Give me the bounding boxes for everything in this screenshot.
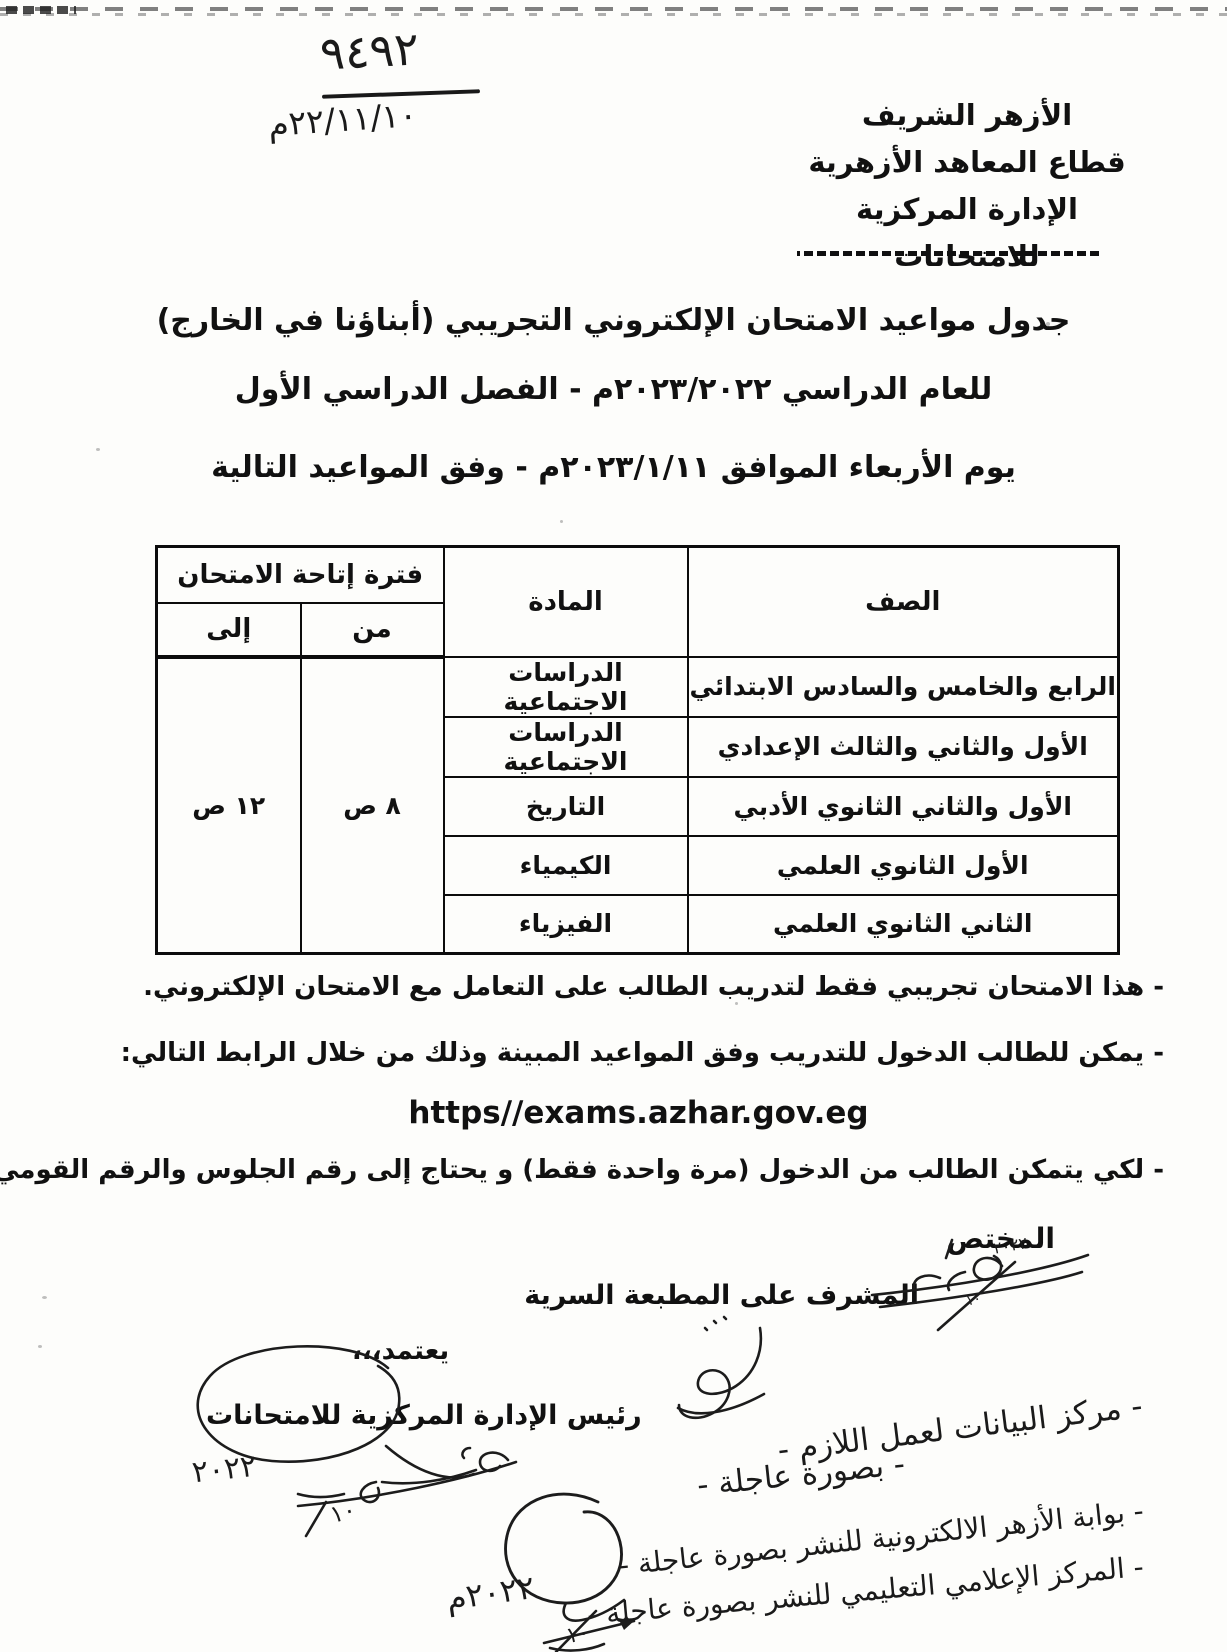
- scan-speck: [735, 1002, 738, 1005]
- grade-cell: الرابع والخامس والسادس الابتدائي: [688, 657, 1119, 717]
- from-column-header: من: [301, 603, 444, 657]
- subject-cell: الدراسات الاجتماعية: [444, 657, 688, 717]
- grade-cell: الثاني الثانوي العلمي: [688, 895, 1119, 954]
- approval-label: يعتمد،،،: [352, 1336, 449, 1366]
- org-sector: قطاع المعاهد الأزهرية: [802, 139, 1132, 186]
- table-header-row-1: الصف المادة فترة إتاحة الامتحان: [156, 547, 1118, 603]
- head-signature: [298, 1448, 516, 1536]
- grade-cell: الأول والثاني والثالث الإعدادي: [688, 717, 1119, 777]
- grade-cell: الأول والثاني الثانوي الأدبي: [688, 777, 1119, 836]
- subject-cell: الكيمياء: [444, 836, 688, 895]
- handwritten-stamp-year: ٢٠٢٢م: [444, 1568, 537, 1618]
- handwritten-specialist-day: ١٠: [964, 1290, 982, 1309]
- dashed-divider: [797, 251, 1099, 256]
- scan-noise-mark: [6, 6, 76, 14]
- handwritten-head-year: ٢٠٢٢: [190, 1449, 258, 1491]
- table-row: الرابع والخامس والسادس الابتدائي الدراسا…: [156, 657, 1118, 717]
- from-time-cell: ٨ ص: [301, 657, 444, 954]
- note-login-link: - يمكن للطالب الدخول للتدريب وفق المواعي…: [121, 1038, 1164, 1068]
- exam-portal-url: https//exams.azhar.gov.eg: [25, 1095, 1227, 1131]
- scan-speck: [560, 520, 563, 523]
- handwritten-ref-number: ٩٤٩٢: [319, 21, 421, 80]
- document-title-line-1: جدول مواعيد الامتحان الإلكتروني التجريبي…: [30, 303, 1197, 338]
- subject-cell: التاريخ: [444, 777, 688, 836]
- subject-column-header: المادة: [444, 547, 688, 657]
- scan-noise-strip: [0, 13, 1227, 16]
- org-name: الأزهر الشريف: [802, 92, 1132, 139]
- head-of-exams-label: رئيس الإدارة المركزية للامتحانات: [206, 1400, 642, 1431]
- note-login-requirements: - لكي يتمكن الطالب من الدخول (مرة واحدة …: [0, 1155, 1164, 1185]
- scanned-document-page: ٩٤٩٢ ٢٢/١١/١٠م الأزهر الشريف قطاع المعاه…: [0, 0, 1227, 1652]
- document-title-line-3: يوم الأربعاء الموافق ٢٠٢٣/١/١١م - وفق ال…: [30, 450, 1197, 485]
- to-column-header: إلى: [156, 603, 300, 657]
- scan-speck: [42, 1296, 47, 1299]
- handwritten-head-day: ١٠: [327, 1495, 360, 1529]
- subject-cell: الدراسات الاجتماعية: [444, 717, 688, 777]
- exam-schedule-table: الصف المادة فترة إتاحة الامتحان من إلى ا…: [155, 545, 1120, 955]
- handwritten-ref-date: ٢٢/١١/١٠م: [267, 95, 418, 144]
- to-time-cell: ١٢ ص: [156, 657, 300, 954]
- document-title-line-2: للعام الدراسي ٢٠٢٣/٢٠٢٢م - الفصل الدراسي…: [30, 372, 1197, 407]
- grade-column-header: الصف: [688, 547, 1119, 657]
- scan-speck: [38, 1345, 42, 1348]
- press-supervisor-label: المشرف على المطبعة السرية: [524, 1280, 919, 1311]
- org-department: الإدارة المركزية للامتحانات: [802, 186, 1132, 280]
- press-supervisor-signature: [678, 1317, 764, 1418]
- period-column-header: فترة إتاحة الامتحان: [156, 547, 443, 603]
- scan-noise-strip: [0, 7, 1227, 11]
- note-trial-exam: - هذا الامتحان تجريبي فقط لتدريب الطالب …: [143, 972, 1164, 1002]
- grade-cell: الأول الثانوي العلمي: [688, 836, 1119, 895]
- subject-cell: الفيزياء: [444, 895, 688, 954]
